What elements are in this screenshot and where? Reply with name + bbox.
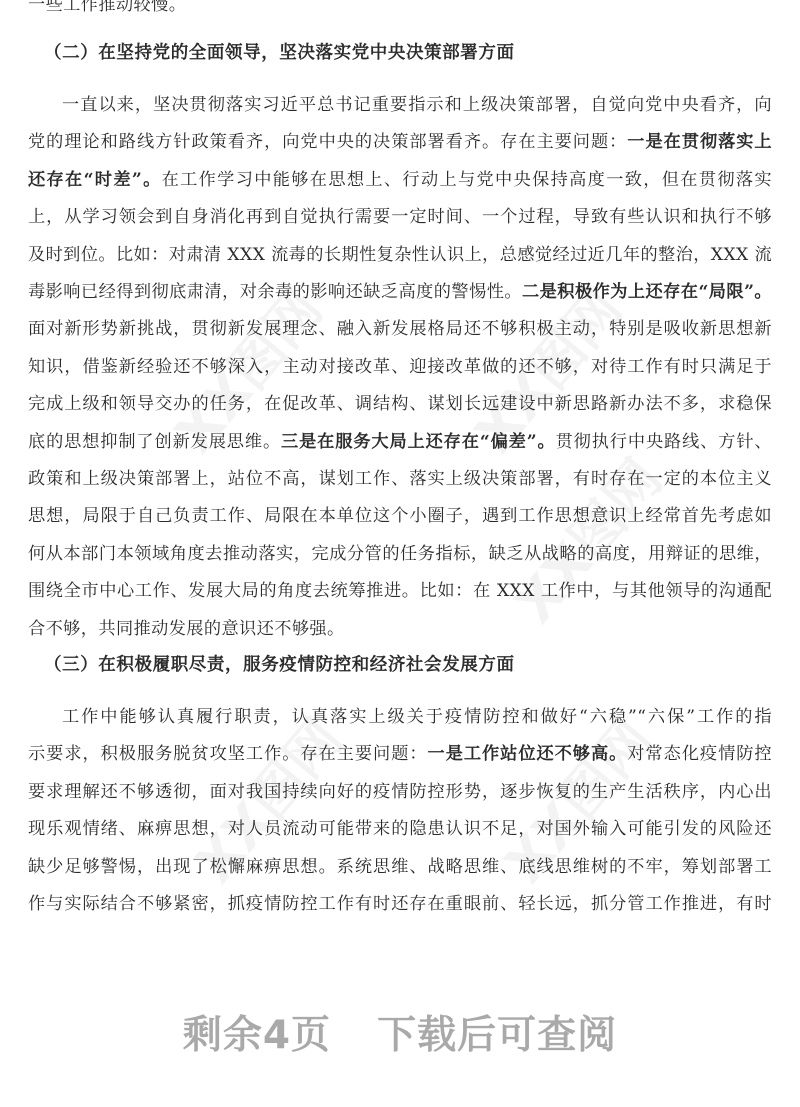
text-run: 在工作学习中能够在思想上、行动上与党中央保持高度一致，但在贯彻落实 bbox=[162, 170, 772, 190]
download-prompt-label[interactable]: 下载后可查阅 bbox=[377, 1004, 617, 1060]
section-heading-3: （三）在积极履职尽责，服务疫情防控和经济社会发展方面 bbox=[44, 652, 515, 678]
section-heading-2: （二）在坚持党的全面领导，坚决落实党中央决策部署方面 bbox=[44, 40, 515, 66]
text-run: 作与实际结合不够紧密，抓疫情防控工作有时还存在重眼前、轻长远，抓分管工作推进，有… bbox=[28, 894, 772, 914]
paragraph-line: 上，从学习领会到自身消化再到自觉执行需要一定时间、一个过程，导致有些认识和执行不… bbox=[28, 204, 772, 230]
paragraph-fragment: 一些工作推动较慢。 bbox=[28, 0, 772, 18]
remaining-pages-label: 剩余4页 bbox=[183, 1004, 331, 1060]
text-run: 示要求，积极服务脱贫攻坚工作。存在主要问题： bbox=[28, 744, 428, 764]
paragraph-line: 毒影响已经得到彻底肃清，对余毒的影响还缺乏高度的警惕性。二是积极作为上还存在“局… bbox=[28, 279, 772, 305]
text-run: 合不够，共同推动发展的意识还不够强。 bbox=[28, 619, 345, 639]
paragraph-line: 工作中能够认真履行职责，认真落实上级关于疫情防控和做好“六稳”“六保”工作的指 bbox=[62, 704, 772, 730]
text-run: 缺少足够警惕，出现了松懈麻痹思想。系统思维、战略思维、底线思维树的不牢，筹划部署… bbox=[28, 857, 772, 877]
paragraph-line: 围绕全市中心工作、发展大局的角度去统筹推进。比如：在 XXX 工作中，与其他领导… bbox=[28, 578, 772, 604]
paragraph-line: 及时到位。比如：对肃清 XXX 流毒的长期性复杂性认识上，总感觉经过近几年的整治… bbox=[28, 242, 772, 268]
text-run: 党的理论和路线方针政策看齐，向党中央的决策部署看齐。存在主要问题： bbox=[28, 132, 627, 152]
text-run: 知识，借鉴新经验还不够深入，主动对接改革、迎接改革做的还不够，对待工作有时只满足… bbox=[28, 357, 772, 377]
bold-text: 一是工作站位还不够高。 bbox=[428, 744, 628, 764]
paragraph-line: 现乐观情绪、麻痹思想，对人员流动可能带来的隐患认识不足，对国外输入可能引发的风险… bbox=[28, 816, 772, 842]
text-run: 对常态化疫情防控 bbox=[627, 744, 772, 764]
text-run: 何从本部门本领域角度去推动落实，完成分管的任务指标，缺乏从战略的高度，用辩证的思… bbox=[28, 544, 772, 564]
text-run: 政策和上级决策部署上，站位不高，谋划工作、落实上级决策部署，有时存在一定的本位主… bbox=[28, 469, 772, 489]
download-banner[interactable]: 剩余4页下载后可查阅 bbox=[0, 1004, 800, 1060]
text-run: 思想，局限于自己负责工作、局限在本单位这个小圈子，遇到工作思想意识上经常首先考虑… bbox=[28, 506, 772, 526]
paragraph-line: 还存在“时差”。在工作学习中能够在思想上、行动上与党中央保持高度一致，但在贯彻落… bbox=[28, 167, 772, 193]
paragraph-line: 一直以来，坚决贯彻落实习近平总书记重要指示和上级决策部署，自觉向党中央看齐，向 bbox=[62, 92, 772, 118]
paragraph-line: 缺少足够警惕，出现了松懈麻痹思想。系统思维、战略思维、底线思维树的不牢，筹划部署… bbox=[28, 854, 772, 880]
paragraph-line: 合不够，共同推动发展的意识还不够强。 bbox=[28, 616, 772, 642]
bold-text: 一是在贯彻落实上 bbox=[627, 132, 772, 152]
text-run: 工作中能够认真履行职责，认真落实上级关于疫情防控和做好“六稳”“六保”工作的指 bbox=[62, 707, 772, 727]
paragraph-line: 知识，借鉴新经验还不够深入，主动对接改革、迎接改革做的还不够，对待工作有时只满足… bbox=[28, 354, 772, 380]
paragraph-line: 完成上级和领导交办的任务，在促改革、调结构、谋划长远建设中新思路新办法不多，求稳… bbox=[28, 391, 772, 417]
text-run: 完成上级和领导交办的任务，在促改革、调结构、谋划长远建设中新思路新办法不多，求稳… bbox=[28, 394, 772, 414]
text-run: 上，从学习领会到自身消化再到自觉执行需要一定时间、一个过程，导致有些认识和执行不… bbox=[28, 207, 772, 227]
text-run: 毒影响已经得到彻底肃清，对余毒的影响还缺乏高度的警惕性。 bbox=[28, 282, 522, 302]
paragraph-line: 政策和上级决策部署上，站位不高，谋划工作、落实上级决策部署，有时存在一定的本位主… bbox=[28, 466, 772, 492]
bold-text: 二是积极作为上还存在“局限”。 bbox=[522, 282, 772, 302]
paragraph-line: 何从本部门本领域角度去推动落实，完成分管的任务指标，缺乏从战略的高度，用辩证的思… bbox=[28, 541, 772, 567]
text-run: 围绕全市中心工作、发展大局的角度去统筹推进。比如：在 XXX 工作中，与其他领导… bbox=[28, 581, 772, 601]
paragraph-line: 面对新形势新挑战，贯彻新发展理念、融入新发展格局还不够积极主动，特别是吸收新思想… bbox=[28, 316, 772, 342]
paragraph-line: 党的理论和路线方针政策看齐，向党中央的决策部署看齐。存在主要问题：一是在贯彻落实… bbox=[28, 129, 772, 155]
text-run: 要求理解还不够透彻，面对我国持续向好的疫情防控形势，逐步恢复的生产生活秩序，内心… bbox=[28, 782, 772, 802]
bold-text: 还存在“时差”。 bbox=[28, 170, 162, 190]
text-run: 面对新形势新挑战，贯彻新发展理念、融入新发展格局还不够积极主动，特别是吸收新思想… bbox=[28, 319, 772, 339]
paragraph-line: 要求理解还不够透彻，面对我国持续向好的疫情防控形势，逐步恢复的生产生活秩序，内心… bbox=[28, 779, 772, 805]
text-run: 现乐观情绪、麻痹思想，对人员流动可能带来的隐患认识不足，对国外输入可能引发的风险… bbox=[28, 819, 772, 839]
text-run: 一直以来，坚决贯彻落实习近平总书记重要指示和上级决策部署，自觉向党中央看齐，向 bbox=[62, 95, 772, 115]
paragraph-line: 思想，局限于自己负责工作、局限在本单位这个小圈子，遇到工作思想意识上经常首先考虑… bbox=[28, 503, 772, 529]
document-page: XX图网 XX图网 XX图网 XX图网 XX图网 一些工作推动较慢。 （二）在坚… bbox=[0, 0, 800, 1107]
paragraph-line: 示要求，积极服务脱贫攻坚工作。存在主要问题：一是工作站位还不够高。对常态化疫情防… bbox=[28, 741, 772, 767]
text-run: 贯彻执行中央路线、方针、 bbox=[556, 432, 772, 452]
paragraph-line: 作与实际结合不够紧密，抓疫情防控工作有时还存在重眼前、轻长远，抓分管工作推进，有… bbox=[28, 891, 772, 917]
bold-text: 三是在服务大局上还存在“偏差”。 bbox=[281, 432, 556, 452]
paragraph-line: 底的思想抑制了创新发展思维。三是在服务大局上还存在“偏差”。贯彻执行中央路线、方… bbox=[28, 429, 772, 455]
text-run: 及时到位。比如：对肃清 XXX 流毒的长期性复杂性认识上，总感觉经过近几年的整治… bbox=[28, 245, 772, 265]
text-run: 底的思想抑制了创新发展思维。 bbox=[28, 432, 281, 452]
